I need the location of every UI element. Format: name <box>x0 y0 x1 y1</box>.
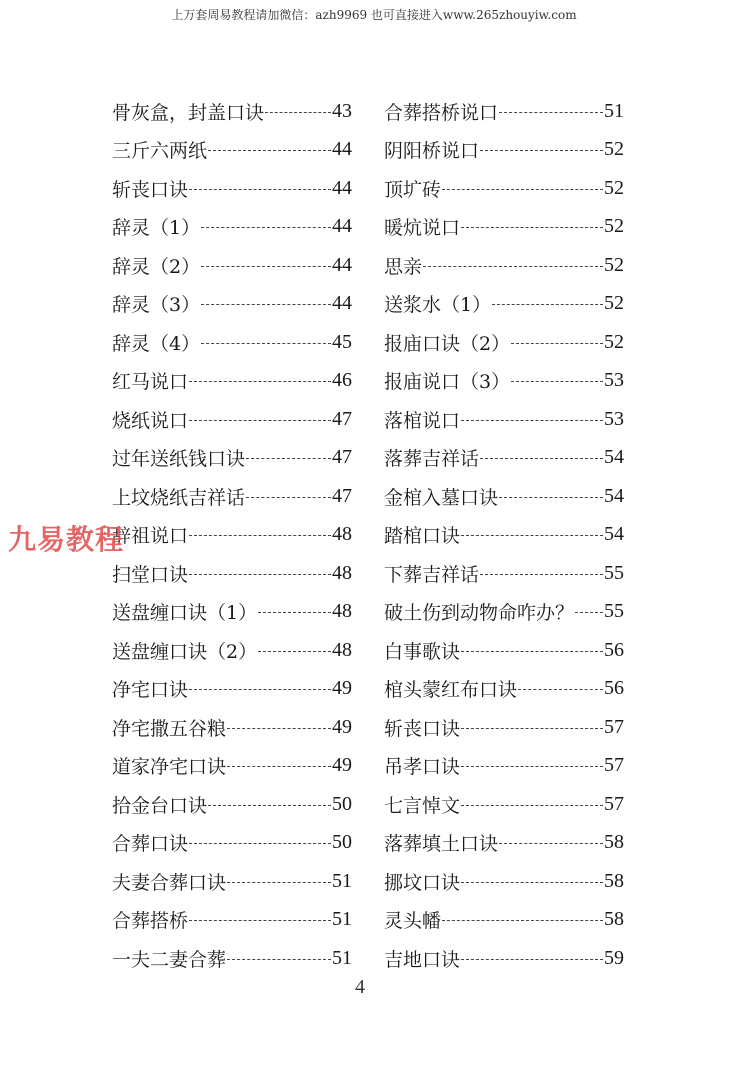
toc-entry-page: 56 <box>604 639 624 662</box>
toc-entry-page: 44 <box>332 177 352 200</box>
toc-leader-dashes <box>461 227 603 228</box>
toc-entry-page: 52 <box>604 177 624 200</box>
toc-entry-page: 44 <box>332 254 352 277</box>
toc-entry-title: 顶圹砖 <box>384 175 441 202</box>
toc-entry-page: 44 <box>332 215 352 238</box>
toc-entry: 一夫二妻合葬51 <box>112 939 352 978</box>
toc-leader-dashes <box>499 843 603 844</box>
toc-entry: 落葬填土口诀58 <box>384 824 624 863</box>
toc-leader-dashes <box>227 728 331 729</box>
toc-leader-dashes <box>442 920 603 921</box>
toc-entry: 报庙说口（3）53 <box>384 362 624 401</box>
toc-entry: 报庙口诀（2）52 <box>384 323 624 362</box>
toc-entry-page: 52 <box>604 215 624 238</box>
toc-entry: 净宅口诀49 <box>112 670 352 709</box>
toc-leader-dashes <box>201 227 331 228</box>
toc-entry: 辞灵（4）45 <box>112 323 352 362</box>
toc-entry-title: 合葬口诀 <box>112 829 188 856</box>
toc-entry-title: 吊孝口诀 <box>384 752 460 779</box>
toc-leader-dashes <box>480 458 603 459</box>
watermark-header: 上万套周易教程请加微信：azh9969 也可直接进入www.265zhouyiw… <box>0 6 748 23</box>
toc-entry-page: 49 <box>332 716 352 739</box>
toc-entry-title: 上坟烧纸吉祥话 <box>112 483 245 510</box>
toc-entry-page: 50 <box>332 793 352 816</box>
toc-entry-page: 53 <box>604 369 624 392</box>
toc-entry: 落棺说口53 <box>384 400 624 439</box>
toc-leader-dashes <box>258 612 331 613</box>
toc-leader-dashes <box>189 381 331 382</box>
toc-entry-page: 58 <box>604 870 624 893</box>
toc-entry: 上坟烧纸吉祥话47 <box>112 477 352 516</box>
toc-leader-dashes <box>208 805 331 806</box>
toc-entry-title: 挪坟口诀 <box>384 868 460 895</box>
toc-entry-page: 48 <box>332 639 352 662</box>
toc-entry: 过年送纸钱口诀47 <box>112 439 352 478</box>
toc-entry-page: 52 <box>604 254 624 277</box>
toc-entry-title: 金棺入墓口诀 <box>384 483 498 510</box>
toc-leader-dashes <box>480 574 603 575</box>
toc-leader-dashes <box>461 420 603 421</box>
toc-entry-title: 红马说口 <box>112 367 188 394</box>
toc-leader-dashes <box>499 112 603 113</box>
toc-entry: 思亲52 <box>384 246 624 285</box>
toc-entry: 挪坟口诀58 <box>384 862 624 901</box>
toc-leader-dashes <box>461 766 603 767</box>
toc-entry-title: 下葬吉祥话 <box>384 560 479 587</box>
toc-entry-page: 57 <box>604 754 624 777</box>
toc-entry: 白事歌诀56 <box>384 631 624 670</box>
toc-leader-dashes <box>189 189 331 190</box>
toc-leader-dashes <box>575 612 603 613</box>
toc-entry-title: 送浆水（1） <box>384 290 491 317</box>
toc-entry: 送浆水（1）52 <box>384 285 624 324</box>
toc-entry: 吊孝口诀57 <box>384 747 624 786</box>
toc-entry: 骨灰盒，封盖口诀43 <box>112 92 352 131</box>
toc-entry: 合葬搭桥说口51 <box>384 92 624 131</box>
toc-entry-title: 送盘缠口诀（1） <box>112 598 257 625</box>
toc-leader-dashes <box>189 535 331 536</box>
toc-entry: 斩丧口诀57 <box>384 708 624 747</box>
toc-leader-dashes <box>480 150 603 151</box>
toc-entry-title: 过年送纸钱口诀 <box>112 444 245 471</box>
toc-entry: 金棺入墓口诀54 <box>384 477 624 516</box>
toc-entry: 拾金台口诀50 <box>112 785 352 824</box>
toc-entry-page: 47 <box>332 485 352 508</box>
toc-entry-page: 50 <box>332 831 352 854</box>
toc-entry: 吉地口诀59 <box>384 939 624 978</box>
toc-entry-page: 59 <box>604 947 624 970</box>
toc-leader-dashes <box>189 843 331 844</box>
toc-leader-dashes <box>189 420 331 421</box>
toc-leader-dashes <box>511 381 603 382</box>
toc-entry-page: 43 <box>332 100 352 123</box>
toc-entry-title: 扫堂口诀 <box>112 560 188 587</box>
toc-leader-dashes <box>492 304 603 305</box>
toc-leader-dashes <box>461 959 603 960</box>
toc-entry-page: 52 <box>604 138 624 161</box>
toc-leader-dashes <box>423 266 603 267</box>
toc-entry-title: 净宅口诀 <box>112 675 188 702</box>
toc-entry: 暖炕说口52 <box>384 208 624 247</box>
toc-entry-page: 51 <box>332 947 352 970</box>
toc-entry-page: 57 <box>604 716 624 739</box>
toc-entry: 净宅撒五谷粮49 <box>112 708 352 747</box>
toc-entry: 红马说口46 <box>112 362 352 401</box>
toc-entry: 棺头蒙红布口诀56 <box>384 670 624 709</box>
toc-entry: 三斤六两纸44 <box>112 131 352 170</box>
toc-leader-dashes <box>208 150 331 151</box>
toc-entry: 踏棺口诀54 <box>384 516 624 555</box>
toc-entry-page: 51 <box>604 100 624 123</box>
toc-leader-dashes <box>201 343 331 344</box>
toc-entry-page: 52 <box>604 331 624 354</box>
toc-entry-page: 52 <box>604 292 624 315</box>
toc-entry-page: 47 <box>332 446 352 469</box>
toc-entry: 辞祖说口48 <box>112 516 352 555</box>
watermark-logo: 九易教程 <box>8 518 124 558</box>
toc-entry-title: 报庙说口（3） <box>384 367 510 394</box>
toc-leader-dashes <box>461 882 603 883</box>
toc-entry-title: 烧纸说口 <box>112 406 188 433</box>
toc-entry-title: 灵头幡 <box>384 906 441 933</box>
page-number: 4 <box>355 976 365 999</box>
toc-entry-page: 58 <box>604 831 624 854</box>
toc-leader-dashes <box>499 497 603 498</box>
toc-entry-page: 55 <box>604 600 624 623</box>
toc-entry-page: 51 <box>332 870 352 893</box>
toc-leader-dashes <box>227 766 331 767</box>
toc-entry-title: 阴阳桥说口 <box>384 136 479 163</box>
toc-entry-page: 44 <box>332 292 352 315</box>
toc-entry-page: 49 <box>332 677 352 700</box>
toc-entry-title: 暖炕说口 <box>384 213 460 240</box>
toc-entry-page: 48 <box>332 562 352 585</box>
toc-entry-title: 报庙口诀（2） <box>384 329 510 356</box>
toc-entry-title: 合葬搭桥说口 <box>384 98 498 125</box>
toc-entry: 顶圹砖52 <box>384 169 624 208</box>
toc-entry-title: 斩丧口诀 <box>112 175 188 202</box>
toc-entry-title: 白事歌诀 <box>384 637 460 664</box>
toc-entry: 扫堂口诀48 <box>112 554 352 593</box>
toc-entry: 合葬搭桥51 <box>112 901 352 940</box>
toc-entry: 烧纸说口47 <box>112 400 352 439</box>
toc-entry-page: 46 <box>332 369 352 392</box>
toc-entry: 辞灵（2）44 <box>112 246 352 285</box>
toc-leader-dashes <box>201 304 331 305</box>
toc-entry-page: 44 <box>332 138 352 161</box>
toc-entry-page: 54 <box>604 523 624 546</box>
toc-entry: 阴阳桥说口52 <box>384 131 624 170</box>
toc-leader-dashes <box>201 266 331 267</box>
toc-entry: 送盘缠口诀（1）48 <box>112 593 352 632</box>
toc-entry-title: 七言悼文 <box>384 791 460 818</box>
toc-entry-title: 夫妻合葬口诀 <box>112 868 226 895</box>
toc-entry-title: 落葬填土口诀 <box>384 829 498 856</box>
toc-column-right: 合葬搭桥说口51阴阳桥说口52顶圹砖52暖炕说口52思亲52送浆水（1）52报庙… <box>384 92 624 978</box>
toc-entry-title: 辞灵（3） <box>112 290 200 317</box>
toc-leader-dashes <box>189 574 331 575</box>
toc-entry-title: 斩丧口诀 <box>384 714 460 741</box>
toc-entry: 七言悼文57 <box>384 785 624 824</box>
toc-leader-dashes <box>189 689 331 690</box>
toc-leader-dashes <box>246 458 331 459</box>
toc-entry-title: 破土伤到动物命咋办？ <box>384 598 574 625</box>
toc-entry-title: 合葬搭桥 <box>112 906 188 933</box>
toc-leader-dashes <box>461 728 603 729</box>
toc-entry-title: 吉地口诀 <box>384 945 460 972</box>
toc-entry-title: 拾金台口诀 <box>112 791 207 818</box>
toc-leader-dashes <box>518 689 603 690</box>
toc-entry: 辞灵（1）44 <box>112 208 352 247</box>
toc-entry-page: 53 <box>604 408 624 431</box>
toc-entry-title: 辞灵（2） <box>112 252 200 279</box>
toc-column-left: 骨灰盒，封盖口诀43三斤六两纸44斩丧口诀44辞灵（1）44辞灵（2）44辞灵（… <box>112 92 352 978</box>
toc-entry-page: 58 <box>604 908 624 931</box>
toc-entry-page: 57 <box>604 793 624 816</box>
toc-entry: 送盘缠口诀（2）48 <box>112 631 352 670</box>
toc-entry-page: 51 <box>332 908 352 931</box>
toc-entry-title: 踏棺口诀 <box>384 521 460 548</box>
toc-entry: 夫妻合葬口诀51 <box>112 862 352 901</box>
toc-entry: 下葬吉祥话55 <box>384 554 624 593</box>
toc-entry-page: 48 <box>332 523 352 546</box>
toc-leader-dashes <box>246 497 331 498</box>
toc-entry-page: 54 <box>604 485 624 508</box>
toc-leader-dashes <box>461 805 603 806</box>
toc-entry: 合葬口诀50 <box>112 824 352 863</box>
toc-entry-title: 送盘缠口诀（2） <box>112 637 257 664</box>
toc-entry: 斩丧口诀44 <box>112 169 352 208</box>
toc-leader-dashes <box>511 343 603 344</box>
toc-entry-title: 净宅撒五谷粮 <box>112 714 226 741</box>
toc-entry-page: 56 <box>604 677 624 700</box>
toc-entry-page: 55 <box>604 562 624 585</box>
toc-entry-page: 49 <box>332 754 352 777</box>
toc-leader-dashes <box>461 535 603 536</box>
toc-entry-title: 辞灵（1） <box>112 213 200 240</box>
toc-entry: 灵头幡58 <box>384 901 624 940</box>
toc-entry-page: 54 <box>604 446 624 469</box>
toc-entry: 道家净宅口诀49 <box>112 747 352 786</box>
toc-leader-dashes <box>442 189 603 190</box>
toc-entry-title: 落葬吉祥话 <box>384 444 479 471</box>
toc-entry-title: 道家净宅口诀 <box>112 752 226 779</box>
toc-entry-page: 45 <box>332 331 352 354</box>
toc-leader-dashes <box>227 959 331 960</box>
toc-entry-title: 棺头蒙红布口诀 <box>384 675 517 702</box>
toc-entry-title: 辞灵（4） <box>112 329 200 356</box>
toc-entry: 破土伤到动物命咋办？55 <box>384 593 624 632</box>
toc-leader-dashes <box>258 651 331 652</box>
toc-leader-dashes <box>227 882 331 883</box>
toc-entry-page: 47 <box>332 408 352 431</box>
toc-entry-title: 三斤六两纸 <box>112 136 207 163</box>
toc-entry-title: 一夫二妻合葬 <box>112 945 226 972</box>
toc-leader-dashes <box>265 112 331 113</box>
toc-leader-dashes <box>461 651 603 652</box>
toc-entry: 辞灵（3）44 <box>112 285 352 324</box>
toc-entry-title: 落棺说口 <box>384 406 460 433</box>
toc-entry-title: 骨灰盒，封盖口诀 <box>112 98 264 125</box>
toc-entry-title: 思亲 <box>384 252 422 279</box>
toc-entry-page: 48 <box>332 600 352 623</box>
toc-entry: 落葬吉祥话54 <box>384 439 624 478</box>
toc-leader-dashes <box>189 920 331 921</box>
